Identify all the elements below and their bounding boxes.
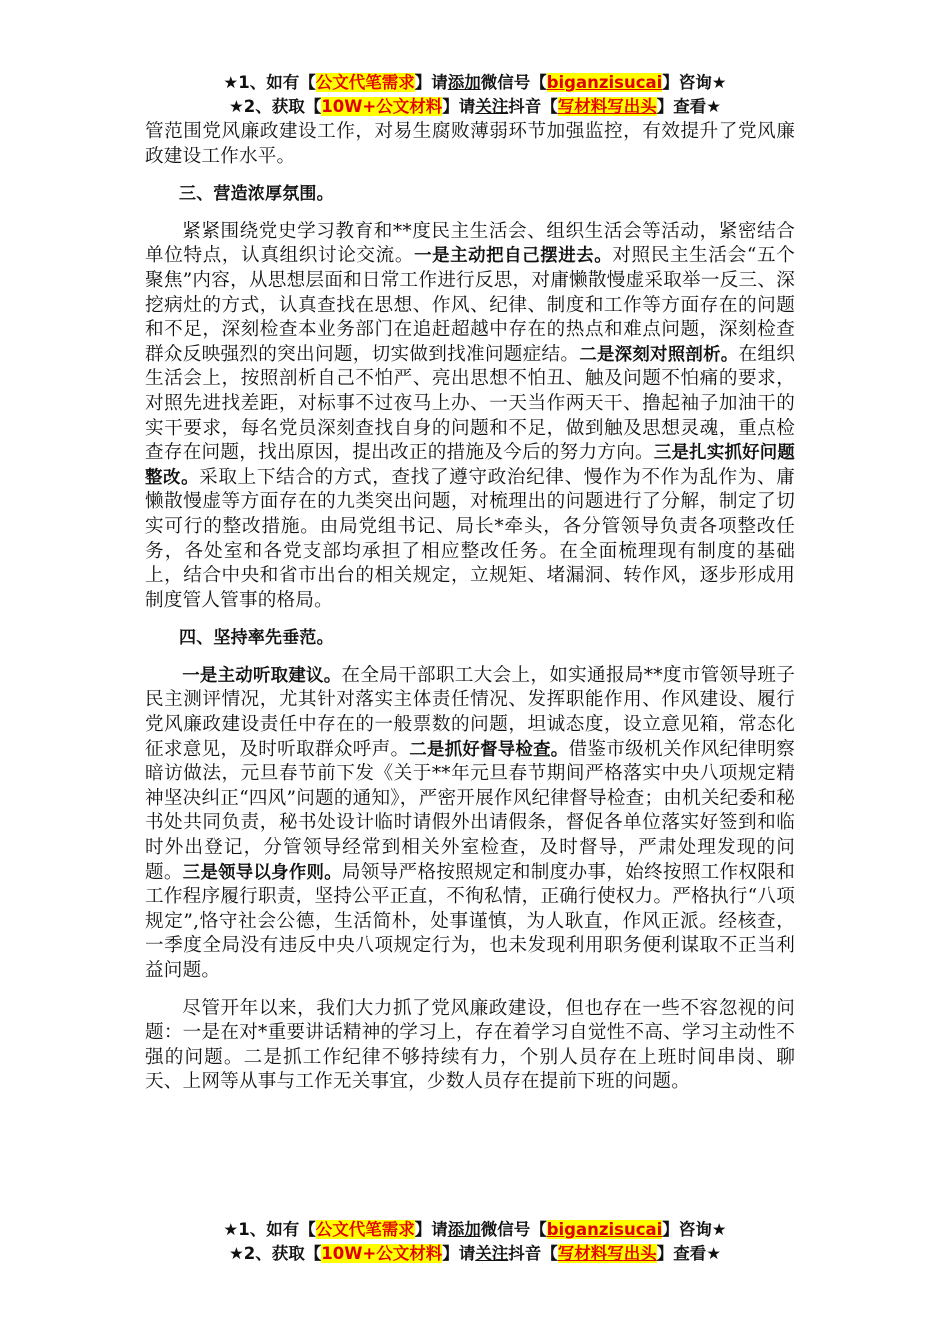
highlight-ghostwriting: 公文代笔需求 [316, 73, 415, 92]
spacer [145, 984, 795, 997]
closing-paragraph: 尽管开年以来，我们大力抓了党风廉政建设，但也存在一些不容忽视的问题：一是在对*重… [145, 997, 795, 1095]
underlined-add: 添加 [448, 1220, 481, 1239]
section-4-paragraph: 一是主动听取建议。在全局干部职工大会上，如实通报局**度市管领导班子民主测评情况… [145, 664, 795, 984]
point-2-title: 二是抓好督导检查。 [409, 740, 568, 760]
point-2-title: 二是深刻对照剖析。 [579, 345, 738, 365]
section-4-heading: 四、坚持率先垂范。 [145, 626, 795, 651]
douyin-account[interactable]: 写材料写出头 [558, 97, 657, 116]
point-3-title: 三是领导以身作则。 [183, 863, 342, 883]
highlight-materials: 10W+公文材料 [321, 1244, 442, 1263]
continuation-paragraph: 管范围党风廉政建设工作，对易生腐败薄弱环节加强监控，有效提升了党风廉政建设工作水… [145, 120, 795, 169]
section-3-paragraph: 紧紧围绕党史学习教育和**度民主生活会、组织生活会等活动，紧密结合单位特点，认真… [145, 220, 795, 614]
underlined-follow: 关注 [475, 97, 508, 116]
document-body: 管范围党风廉政建设工作，对易生腐败薄弱环节加强监控，有效提升了党风廉政建设工作水… [145, 120, 795, 1095]
underlined-add: 添加 [448, 73, 481, 92]
douyin-account[interactable]: 写材料写出头 [558, 1244, 657, 1263]
section-3-heading: 三、营造浓厚氛围。 [145, 182, 795, 207]
underlined-follow: 关注 [475, 1244, 508, 1263]
banner-line-1: ★1、如有【公文代笔需求】请添加微信号【biganzisucai】咨询★ [0, 71, 950, 95]
highlight-ghostwriting: 公文代笔需求 [316, 1220, 415, 1239]
wechat-id[interactable]: biganzisucai [547, 1220, 663, 1239]
point-1-title: 一是主动把自己摆进去。 [414, 246, 612, 266]
wechat-id[interactable]: biganzisucai [547, 73, 663, 92]
highlight-materials: 10W+公文材料 [321, 97, 442, 116]
banner-line-2: ★2、获取【10W+公文材料】请关注抖音【写材料写出头】查看★ [0, 1242, 950, 1266]
header-banner: ★1、如有【公文代笔需求】请添加微信号【biganzisucai】咨询★ ★2、… [0, 71, 950, 119]
footer-banner: ★1、如有【公文代笔需求】请添加微信号【biganzisucai】咨询★ ★2、… [0, 1218, 950, 1266]
point-1-title: 一是主动听取建议。 [182, 666, 341, 686]
banner-line-2: ★2、获取【10W+公文材料】请关注抖音【写材料写出头】查看★ [0, 95, 950, 119]
banner-line-1: ★1、如有【公文代笔需求】请添加微信号【biganzisucai】咨询★ [0, 1218, 950, 1242]
